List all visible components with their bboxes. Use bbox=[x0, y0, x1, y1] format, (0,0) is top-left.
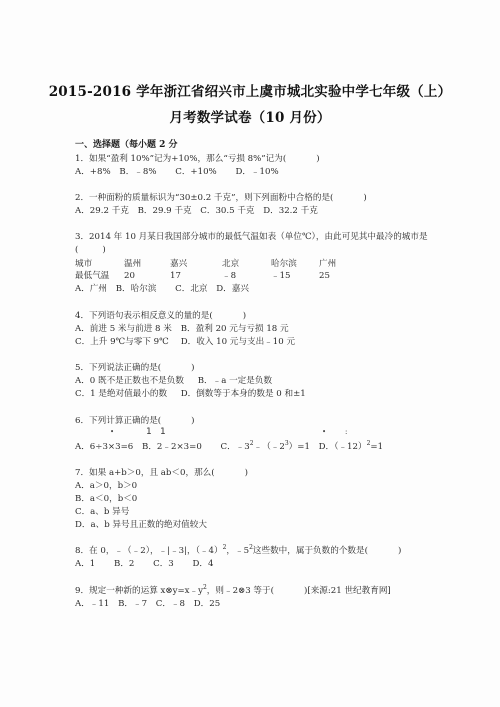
fraction-numerator: 1 bbox=[146, 427, 152, 437]
question-1-options: A．+8% B．﹣8% C．+10% D．﹣10% bbox=[75, 167, 279, 178]
option-a: A．前进 5 米与前进 8 米 bbox=[75, 324, 178, 335]
option-b: B．2 bbox=[114, 559, 134, 570]
option-d: D．倒数等于本身的数是 0 和±1 bbox=[181, 389, 306, 400]
option-d: D．﹣10% bbox=[235, 167, 278, 178]
answer-bracket: ) bbox=[398, 546, 401, 556]
option-d: D．a、b 异号且正数的绝对值较大 bbox=[75, 520, 207, 531]
answer-bracket: ) bbox=[316, 154, 319, 164]
table-cell: 嘉兴 bbox=[170, 258, 222, 270]
option-c: C．a、b 异号 bbox=[75, 507, 129, 518]
question-1-text: 1．如果“盈利 10%”记为+10%，那么“亏损 8%”记为( bbox=[75, 154, 286, 164]
question-8-stem: 8．在 0，﹣（﹣2），﹣|﹣3|，（﹣4）2，﹣52这些数中，属于负数的个数是… bbox=[75, 546, 401, 557]
question-7-text: 7．如果 a+b＞0，且 ab＜0，那么( bbox=[75, 468, 215, 478]
table-cell: 最低气温 bbox=[75, 270, 124, 282]
question-5-text: 5．下列说法正确的是( bbox=[75, 363, 161, 373]
fraction-dot: • bbox=[110, 428, 114, 436]
option-d: D．收入 10 元与支出﹣10 元 bbox=[181, 337, 295, 348]
fraction-dot: • bbox=[322, 428, 326, 436]
option-c: C．北京 bbox=[175, 284, 207, 295]
option-a: A．广州 bbox=[75, 284, 107, 295]
option-a: A．a＞0，b＞0 bbox=[75, 481, 137, 492]
answer-bracket: ) bbox=[191, 416, 194, 426]
exam-title-line1: 2015-2016 学年浙江省绍兴市上虞市城北实验中学七年级（上） bbox=[0, 80, 500, 100]
table-cell: 哈尔滨 bbox=[271, 258, 319, 270]
option-a: A．1 bbox=[75, 559, 95, 570]
option-d: D．4 bbox=[193, 559, 214, 570]
table-header-row: 城市 温州 嘉兴 北京 哈尔滨 广州 bbox=[75, 258, 359, 270]
question-3-stem-cont: () bbox=[75, 245, 106, 256]
option-a: A．6÷3×3=6 bbox=[75, 442, 133, 453]
option-d: D．25 bbox=[194, 599, 220, 610]
option-b: B．哈尔滨 bbox=[116, 284, 157, 295]
table-cell: ﹣8 bbox=[222, 270, 271, 282]
question-7-stem: 7．如果 a+b＞0，且 ab＜0，那么() bbox=[75, 468, 248, 479]
option-b: B．2﹣2×3=0 bbox=[142, 442, 202, 453]
question-5-options-row2: C．1 是绝对值最小的数 D．倒数等于本身的数是 0 和±1 bbox=[75, 389, 306, 400]
question-4-text: 4．下列语句表示相反意义的量的是( bbox=[75, 311, 213, 321]
table-cell: 17 bbox=[170, 270, 222, 282]
table-cell: ﹣15 bbox=[271, 270, 319, 282]
table-row: 最低气温 20 17 ﹣8 ﹣15 25 bbox=[75, 270, 359, 282]
question-4-options-row1: A．前进 5 米与前进 8 米 B．盈利 20 元与亏损 18 元 bbox=[75, 324, 289, 335]
answer-bracket-source: )[来源:21 世纪教育网] bbox=[304, 586, 391, 596]
table-cell: 广州 bbox=[319, 258, 359, 270]
table-cell: 温州 bbox=[124, 258, 170, 270]
answer-bracket: ) bbox=[363, 193, 366, 203]
question-4-stem: 4．下列语句表示相反意义的量的是() bbox=[75, 311, 246, 322]
question-5-stem: 5．下列说法正确的是() bbox=[75, 363, 195, 374]
option-c: C．上升 9℃与零下 9℃ bbox=[75, 337, 178, 348]
option-b: B．﹣8% bbox=[119, 167, 156, 178]
question-4-options-row2: C．上升 9℃与零下 9℃ D．收入 10 元与支出﹣10 元 bbox=[75, 337, 295, 348]
question-6-text: 6．下列计算正确的是( bbox=[75, 416, 161, 426]
question-8-options: A．1 B．2 C．3 D．4 bbox=[75, 559, 213, 570]
question-9-options: A．﹣11 B．﹣7 C．﹣8 D．25 bbox=[75, 599, 220, 610]
table-cell: 北京 bbox=[222, 258, 271, 270]
table-cell: 20 bbox=[124, 270, 170, 282]
option-a: A．0 既不是正数也不是负数 bbox=[75, 376, 195, 387]
option-c: C．30.5 千克 bbox=[200, 206, 254, 217]
option-c: C．+10% bbox=[175, 167, 216, 178]
question-9-stem: 9．规定一种新的运算 x⊗y=x﹣y2，则﹣2⊗3 等于()[来源:21 世纪教… bbox=[75, 586, 391, 597]
option-a: A．﹣11 bbox=[75, 599, 109, 610]
option-b: B．29.9 千克 bbox=[138, 206, 192, 217]
question-3-stem: 3．2014 年 10 月某日我国部分城市的最低气温如表（单位℃），由此可见其中… bbox=[75, 232, 428, 243]
answer-bracket: ) bbox=[245, 468, 248, 478]
question-2-text: 2．一种面粉的质量标识为“30±0.2 千克”，则下列面粉中合格的是( bbox=[75, 193, 333, 203]
option-c: C．3 bbox=[153, 559, 174, 570]
option-c: C．1 是绝对值最小的数 bbox=[75, 389, 178, 400]
option-b: B．﹣7 bbox=[118, 599, 147, 610]
option-a: A．29.2 千克 bbox=[75, 206, 129, 217]
fraction-dot: : bbox=[345, 428, 347, 436]
option-d: D．32.2 千克 bbox=[263, 206, 318, 217]
question-3-options: A．广州 B．哈尔滨 C．北京 D．嘉兴 bbox=[75, 284, 249, 295]
option-c: C．﹣32﹣（﹣23）=1 bbox=[221, 442, 310, 453]
question-2-options: A．29.2 千克 B．29.9 千克 C．30.5 千克 D．32.2 千克 bbox=[75, 206, 318, 217]
question-5-options-row1: A．0 既不是正数也不是负数 B．﹣a 一定是负数 bbox=[75, 376, 272, 387]
option-d: D．嘉兴 bbox=[216, 284, 249, 295]
section-heading: 一、选择题（每小题 2 分 bbox=[75, 140, 178, 151]
question-1-stem: 1．如果“盈利 10%”记为+10%，那么“亏损 8%”记为() bbox=[75, 154, 320, 165]
question-2-stem: 2．一种面粉的质量标识为“30±0.2 千克”，则下列面粉中合格的是() bbox=[75, 193, 367, 204]
answer-bracket: ) bbox=[191, 363, 194, 373]
exam-title-line2: 月考数学试卷（10 月份） bbox=[0, 106, 500, 126]
answer-bracket: ) bbox=[102, 245, 105, 255]
exam-page: 2015-2016 学年浙江省绍兴市上虞市城北实验中学七年级（上） 月考数学试卷… bbox=[0, 0, 500, 707]
fraction-numerator: 1 bbox=[160, 427, 166, 437]
option-a: A．+8% bbox=[75, 167, 111, 178]
temperature-table: 城市 温州 嘉兴 北京 哈尔滨 广州 最低气温 20 17 ﹣8 ﹣15 25 bbox=[75, 258, 359, 282]
table-cell: 城市 bbox=[75, 258, 124, 270]
question-6-options: A．6÷3×3=6 B．2﹣2×3=0 C．﹣32﹣（﹣23）=1 D．（﹣12… bbox=[75, 442, 383, 453]
option-b: B．盈利 20 元与亏损 18 元 bbox=[181, 324, 289, 335]
question-6-stem: 6．下列计算正确的是() bbox=[75, 416, 195, 427]
option-d: D．（﹣12）2=1 bbox=[319, 442, 383, 453]
option-b: B．a＜0，b＜0 bbox=[75, 494, 137, 505]
table-cell: 25 bbox=[319, 270, 359, 282]
option-b: B．﹣a 一定是负数 bbox=[198, 376, 272, 387]
option-c: C．﹣8 bbox=[156, 599, 185, 610]
answer-bracket: ) bbox=[243, 311, 246, 321]
